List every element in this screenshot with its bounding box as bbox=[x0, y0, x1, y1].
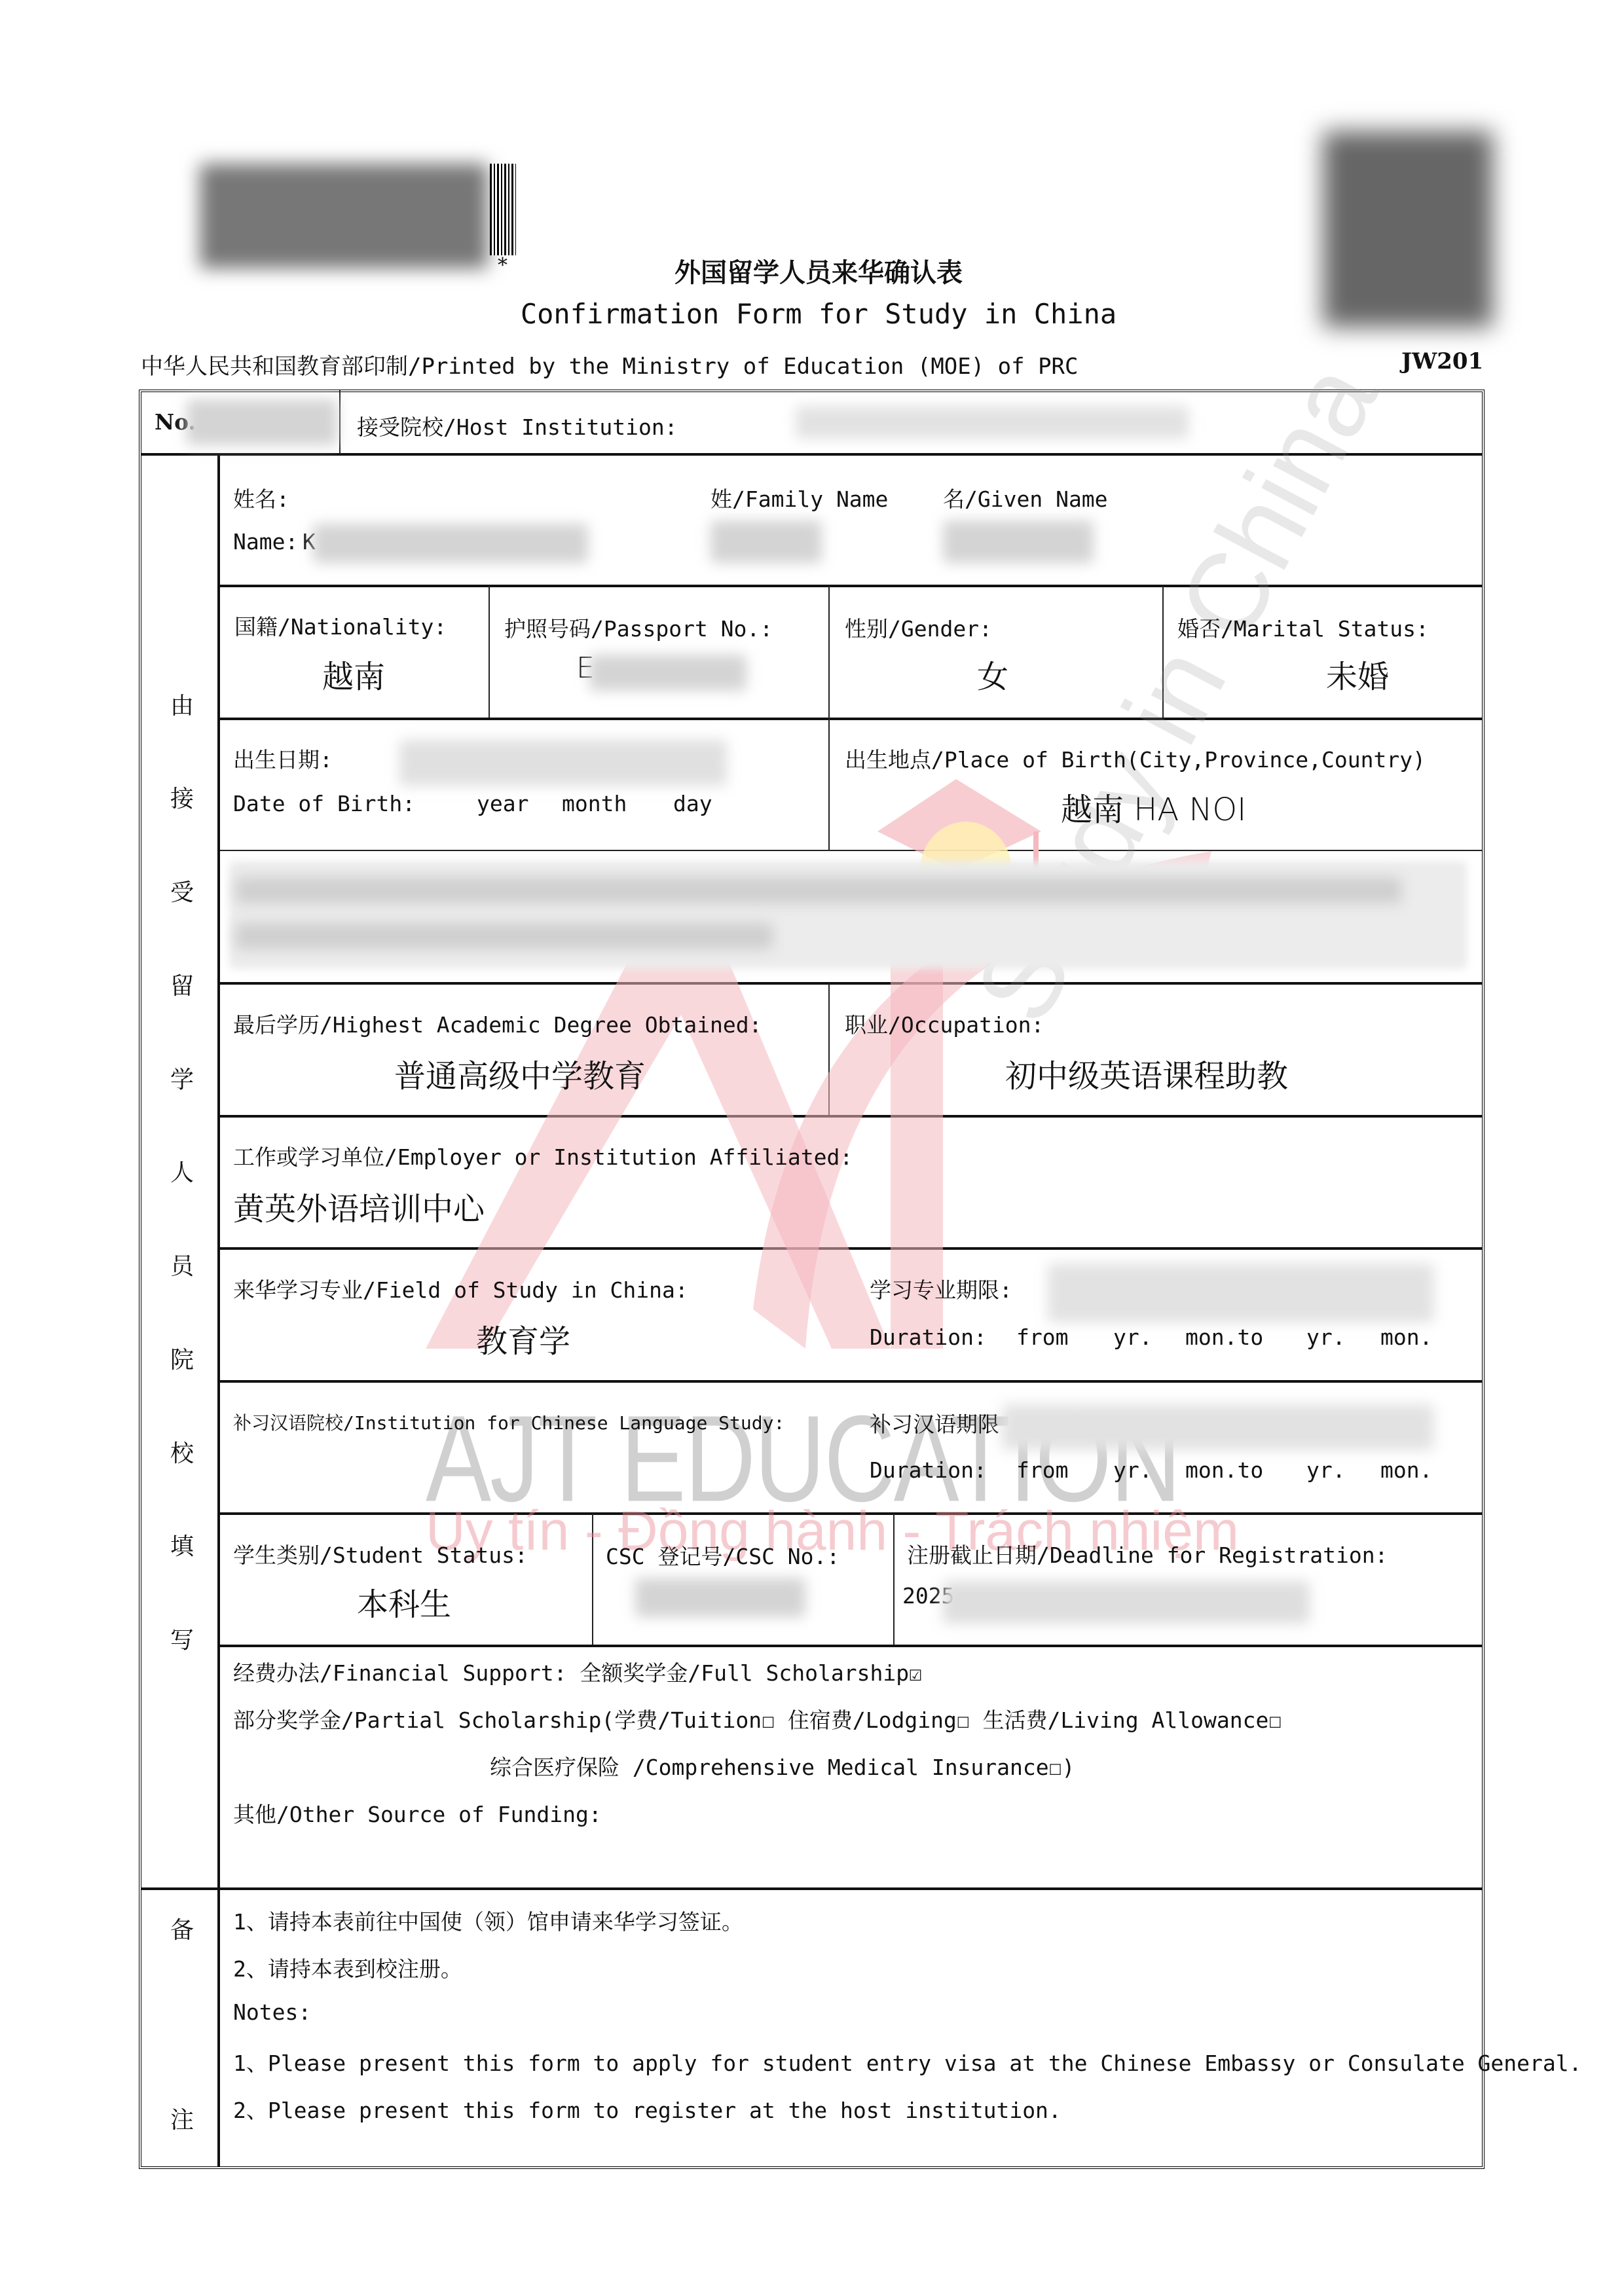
divider bbox=[828, 983, 830, 1115]
divider bbox=[489, 586, 490, 718]
birth-month-label: month bbox=[562, 791, 627, 816]
name-label-en: Name: bbox=[233, 529, 298, 555]
note-en-2: 2、Please present this form to register a… bbox=[233, 2094, 1061, 2124]
form-code: JW201 bbox=[1401, 348, 1483, 374]
student-status-value: 本科生 bbox=[357, 1579, 451, 1624]
form-title-en: Confirmation Form for Study in China bbox=[0, 298, 1624, 330]
nationality-value: 越南 bbox=[322, 651, 385, 697]
address-line-redacted bbox=[236, 923, 773, 949]
passport-label: 护照号码/Passport No.: bbox=[504, 612, 773, 643]
birth-place-value: 越南 HA NOI bbox=[1061, 784, 1246, 829]
note-zh-2: 2、请持本表到校注册。 bbox=[233, 1952, 462, 1983]
notes-title: Notes: bbox=[233, 1999, 311, 2025]
note-zh-1: 1、请持本表前往中国使（领）馆申请来华学习签证。 bbox=[233, 1905, 743, 1936]
csc-no-label: CSC 登记号/CSC No.: bbox=[606, 1540, 840, 1571]
birth-year-label: year bbox=[477, 791, 528, 816]
divider bbox=[141, 1887, 1482, 1890]
medical-insurance-line: 综合医疗保险 /Comprehensive Medical Insurance☐… bbox=[490, 1751, 1075, 1781]
barcode-bars bbox=[490, 164, 516, 255]
divider bbox=[219, 718, 1482, 720]
gender-value: 女 bbox=[977, 651, 1008, 697]
divider bbox=[339, 390, 341, 453]
deadline-label: 注册截止日期/Deadline for Registration: bbox=[907, 1539, 1388, 1569]
divider bbox=[219, 982, 1482, 985]
birth-place-label: 出生地点/Place of Birth(City,Province,Countr… bbox=[845, 743, 1426, 774]
chinese-study-label: 补习汉语院校/Institution for Chinese Language … bbox=[233, 1409, 784, 1435]
divider bbox=[219, 1380, 1482, 1383]
occupation-label: 职业/Occupation: bbox=[845, 1008, 1044, 1039]
printed-by-line: 中华人民共和国教育部印制/Printed by the Ministry of … bbox=[141, 348, 1079, 380]
divider bbox=[219, 1115, 1482, 1118]
given-name-label: 名/Given Name bbox=[943, 483, 1108, 513]
csc-no-redacted bbox=[635, 1578, 805, 1617]
given-name-redacted bbox=[943, 520, 1094, 563]
form-number-redacted bbox=[187, 399, 337, 445]
employer-value: 黄英外语培训中心 bbox=[233, 1184, 485, 1229]
host-institution-label: 接受院校/Host Institution: bbox=[357, 410, 678, 441]
birth-date-label-zh: 出生日期: bbox=[233, 743, 333, 774]
degree-label: 最后学历/Highest Academic Degree Obtained: bbox=[233, 1008, 762, 1039]
field-of-study-value: 教育学 bbox=[476, 1316, 570, 1361]
field-of-study-label: 来华学习专业/Field of Study in China: bbox=[233, 1273, 688, 1304]
financial-support-line: 经费办法/Financial Support: 全额奖学金/Full Schol… bbox=[233, 1656, 922, 1687]
divider bbox=[828, 586, 830, 851]
employer-label: 工作或学习单位/Employer or Institution Affiliat… bbox=[233, 1140, 853, 1171]
passport-value-redacted bbox=[589, 655, 747, 691]
divider bbox=[217, 454, 220, 2166]
gender-label: 性别/Gender: bbox=[845, 612, 992, 643]
form-title-zh: 外国留学人员来华确认表 bbox=[0, 252, 1624, 289]
study-duration-value-redacted bbox=[1048, 1264, 1434, 1322]
birth-date-label-en: Date of Birth: bbox=[233, 791, 415, 816]
name-label-zh: 姓名: bbox=[233, 483, 289, 513]
divider bbox=[219, 1645, 1482, 1647]
host-institution-value-redacted bbox=[796, 406, 1189, 439]
family-name-redacted bbox=[710, 520, 822, 563]
divider bbox=[219, 1247, 1482, 1250]
occupation-value: 初中级英语课程助教 bbox=[1005, 1051, 1288, 1096]
address-line-redacted bbox=[236, 877, 1401, 903]
marital-status-label: 婚否/Marital Status: bbox=[1177, 612, 1429, 643]
student-status-label: 学生类别/Student Status: bbox=[233, 1539, 528, 1569]
deadline-value-redacted bbox=[943, 1581, 1310, 1624]
chinese-study-duration-label-zh: 补习汉语期限 bbox=[870, 1408, 999, 1438]
name-value-redacted bbox=[313, 524, 588, 563]
study-duration-label-zh: 学习专业期限: bbox=[870, 1273, 1012, 1304]
divider bbox=[219, 850, 1482, 851]
note-en-1: 1、Please present this form to apply for … bbox=[233, 2047, 1582, 2077]
family-name-label: 姓/Family Name bbox=[710, 483, 888, 513]
nationality-label: 国籍/Nationality: bbox=[234, 610, 447, 641]
degree-value: 普通高级中学教育 bbox=[394, 1051, 646, 1096]
chinese-study-duration-redacted bbox=[1002, 1404, 1434, 1450]
other-funding-line: 其他/Other Source of Funding: bbox=[233, 1798, 602, 1829]
birth-day-label: day bbox=[673, 791, 712, 816]
partial-scholarship-line: 部分奖学金/Partial Scholarship(学费/Tuition☐ 住宿… bbox=[233, 1704, 1282, 1734]
marital-status-value: 未婚 bbox=[1326, 651, 1389, 697]
birth-date-value-redacted bbox=[399, 740, 727, 786]
